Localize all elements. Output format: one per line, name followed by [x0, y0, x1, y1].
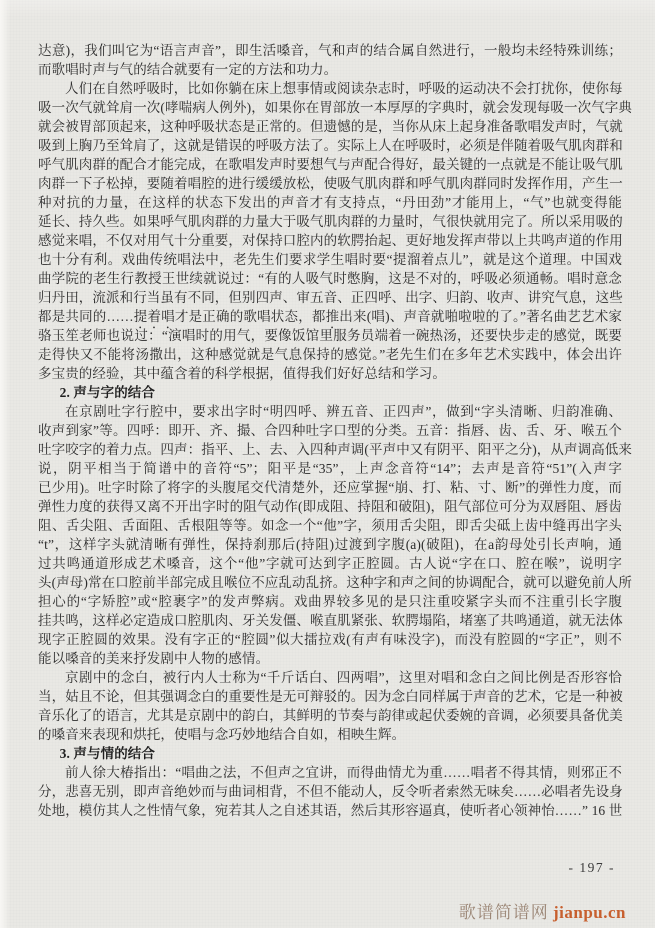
text-line: 说，阴平相当于简谱中的音符“5”；阳平是“35”，上声念音符“14”；去声是音符… — [38, 459, 622, 478]
book-page: 达意)，我们叫它为“语言声音”，即生活嗓音，气和声的结合属自然进行，一般均未经特… — [0, 0, 655, 928]
text-line: 担心的“字矫腔”或“腔裹字”的发声弊病。戏曲界较多见的是只注重咬紧字头而不注重引… — [38, 592, 622, 611]
text-line: 达意)，我们叫它为“语言声音”，即生活嗓音，气和声的结合属自然进行，一般均未经特… — [38, 41, 622, 60]
text-line: 也十分有利。戏曲传统唱法中，老先生们要求学生唱时要“提溜着点儿”，就是这个道理。… — [38, 250, 622, 269]
text-line: 前人徐大椿指出：“唱曲之法，不但声之宜讲，而得曲情尤为重……唱者不得其情，则邪正… — [38, 763, 622, 782]
section-heading: 2. 声与字的结合 — [38, 383, 622, 402]
text-lines: 达意)，我们叫它为“语言声音”，即生活嗓音，气和声的结合属自然进行，一般均未经特… — [38, 41, 622, 820]
text-line: 过共鸣通道形成艺术嗓音，这个“他”字就可达到字正腔圆。古人说“字在口、腔在喉”，… — [38, 554, 622, 573]
text-line: 分，悲喜无别，即声音绝妙而与曲词相背，不但不能动人，反令听者索然无味矣……必唱者… — [38, 782, 622, 801]
text-line: 处地，模仿其人之性情气象，宛若其人之自述其语，然后其形容逼真，使听者心领神怡……… — [38, 801, 622, 820]
text-line: 种对抗的力量，在这样的状态下发出的声音才有支持点，“丹田劲”才能用上，“气”也就… — [38, 193, 622, 212]
text-line: 已少用)。吐字时除了将字的头腹尾交代清楚外，还应掌握“崩、打、粘、寸、断”的弹性… — [38, 478, 622, 497]
page-number: - 197 - — [569, 860, 616, 876]
text-line: 音乐化了的语言，尤其是京剧中的韵白，其鲜明的节奏与韵律或起伏委婉的音调，必须要具… — [38, 706, 622, 725]
text-line: 在京剧吐字行腔中，要求出字时“明四呼、辨五音、正四声”，做到“字头清晰、归韵准确… — [38, 402, 622, 421]
text-line: 收声到家”等。四呼：即开、齐、撮、合四种吐字口型的分类。五音：指唇、齿、舌、牙、… — [38, 421, 622, 440]
text-line: 而歌唱时声与气的结合就要有一定的方法和功力。 — [38, 60, 622, 79]
text-line: 挂共鸣，这样必定造成口腔肌肉、牙关发僵、喉直肌紧张、软腭塌陷，堵塞了共鸣通道，就… — [38, 611, 622, 630]
text-line: 头(声母)常在口腔前半部完成且喉位不应乱动乱挤。这种字和声之间的协调配合，就可以… — [38, 573, 622, 592]
text-line: 走得快又不能将汤撒出，这种感觉就是气息保持的感觉。”老先生们在多年艺术实践中，体… — [38, 345, 622, 364]
text-line: 吸到上胸乃至耸肩了，这就是错误的呼吸方法了。实际上人在呼吸时，必须是伴随着吸气肌… — [38, 136, 622, 155]
text-line: “t”，这样字头就清晰有弹性，保持刹那后(持阻)过渡到字腹(a)(破阻)，在a韵… — [38, 535, 622, 554]
watermark: 歌谱简谱网 jianpu.cn — [459, 898, 626, 923]
emphasis-text: 推 — [326, 309, 340, 324]
text-line: 呼气肌肉群的配合才能完成，在歌唱发声时要想气与声配合得好，最关键的一点就是不能让… — [38, 155, 622, 174]
text-line: 就会被胃部顶起来，这种呼吸状态是正常的。但遗憾的是，当你从床上起身准备歌唱发声时… — [38, 117, 622, 136]
text-line: 当，姑且不论，但其强调念白的重要性是无可辩驳的。因为念白同样属于声音的艺术，它是… — [38, 687, 622, 706]
text-line: 曲学院的老生行教授王世续就说过：“有的人吸气时憋胸，这是不对的，呼吸必须通畅。唱… — [38, 269, 622, 288]
text-line: 肉群一下子松掉，要随着唱腔的进行缓缓放松，使吸气肌肉群和呼气肌肉群同时发挥作用，… — [38, 174, 622, 193]
text-line: 感觉来唱，不仅对用气十分重要，对保持口腔内的软腭抬起、更好地发挥声带以上共鸣声道… — [38, 231, 622, 250]
text-line: 多宝贵的经验，其中蕴含着的科学根据，值得我们好好总结和学习。 — [38, 364, 622, 383]
watermark-site-name: 歌谱简谱网 — [459, 903, 549, 922]
emphasis-text: 提着唱 — [134, 309, 175, 324]
text-line: 能以嗓音的美来抒发剧中人物的感情。 — [38, 649, 622, 668]
text-line: 归丹田，流派和行当虽有不同，但别四声、审五音、正四呼、出字、归韵、收声、讲究气息… — [38, 288, 622, 307]
text-line: 京剧中的念白，被行内人士称为“千斤话白、四两唱”，这里对唱和念白之间比例是否形容… — [38, 668, 622, 687]
section-heading: 3. 声与情的结合 — [38, 744, 622, 763]
text-line: 骆玉笙老师也说过：“演唱时的用气，要像饭馆里服务员端着一碗热汤，还要快步走的感觉… — [38, 326, 622, 345]
text-line: 吸一次气就耸肩一次(哮喘病人例外)，如果你在胃部放一本厚厚的字典时，就会发现每吸… — [38, 98, 622, 117]
text-line: 现字正腔圆的效果。没有字正的“腔圆”似大擂拉戏(有声有味没字)，而没有腔圆的“字… — [38, 630, 622, 649]
text-line: 吐字咬字的着力点。四声：指平、上、去、入四种声调(平声中又有阴平、阳平之分)，从… — [38, 440, 622, 459]
text-line: 延长、持久些。如果呼气肌肉群的力量大于吸气肌肉群的力量时，气很快就用完了。所以采… — [38, 212, 622, 231]
watermark-site-url: jianpu.cn — [553, 903, 626, 922]
text-line: 弹性力度的获得又离不开出字时的阻气动作(即成阻、持阻和破阻)，阻气部位可分为双唇… — [38, 497, 622, 516]
text-line: 阻、舌尖阻、舌面阻、舌根阻等等。如念一个“他”字，须用舌尖阻，即舌尖砥上齿中缝再… — [38, 516, 622, 535]
text-line: 的嗓音来表现和烘托，使唱与念巧妙地结合自如，相映生辉。 — [38, 725, 622, 744]
text-line: 都是共同的……提着唱才是正确的歌唱状态，都推出来(唱)、声音就啪啦啦的了。”著名… — [38, 307, 622, 326]
text-line: 人们在自然呼吸时，比如你躺在床上想事情或阅读杂志时，呼吸的运动决不会打扰你，使你… — [38, 79, 622, 98]
